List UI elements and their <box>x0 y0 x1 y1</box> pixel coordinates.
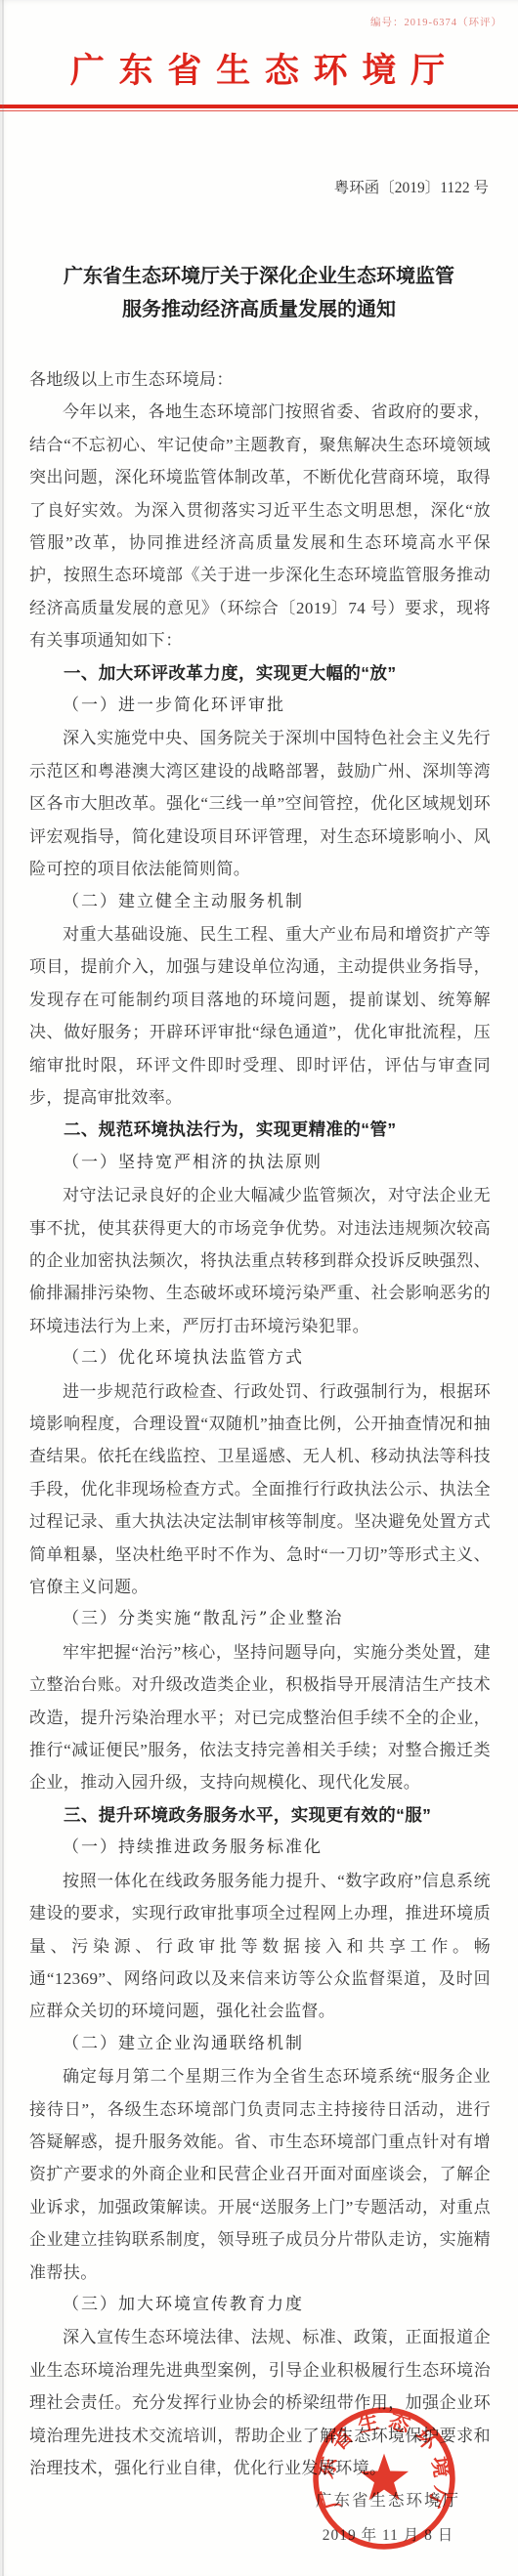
section-1-sub-2-paragraph: 对重大基础设施、民生工程、重大产业布局和增资扩产等项目，提前介入，加强与建设单位… <box>29 918 491 1114</box>
section-2-sub-2-heading: （二）优化环境执法监管方式 <box>29 1342 491 1374</box>
title-line-1: 广东省生态环境厅关于深化企业生态环境监管 <box>20 260 498 293</box>
title-line-2: 服务推动经济高质量发展的通知 <box>20 293 498 326</box>
section-3-sub-3-heading: （三）加大环境宣传教育力度 <box>29 2289 491 2321</box>
serial-number: 编号：2019-6374（环评） <box>370 15 502 29</box>
intro-paragraph: 今年以来，各地生态环境部门按照省委、省政府的要求，结合“不忘初心、牢记使命”主题… <box>29 396 491 656</box>
section-2-sub-3-paragraph: 牢牢把握“治污”核心，坚持问题导向，实施分类处置，建立整治台账。对升级改造类企业… <box>29 1636 491 1799</box>
section-3-heading: 三、提升环境政务服务水平，实现更有效的“服” <box>29 1799 491 1832</box>
salutation: 各地级以上市生态环境局： <box>29 363 491 396</box>
section-3-sub-1-heading: （一）持续推进政务服务标准化 <box>29 1832 491 1864</box>
official-seal: 广东省生态环境厅 <box>310 2404 458 2553</box>
scan-edge <box>2 0 4 2576</box>
section-3-sub-2-heading: （二）建立企业沟通联络机制 <box>29 2028 491 2060</box>
agency-masthead: 广 东 省 生 态 环 境 厅 <box>0 51 518 92</box>
star-icon <box>360 2454 409 2501</box>
document-page: 编号：2019-6374（环评） 广 东 省 生 态 环 境 厅 粤环函〔201… <box>0 0 518 2576</box>
section-1-heading: 一、加大环评改革力度，实现更大幅的“放” <box>29 657 491 690</box>
section-1-sub-2-heading: （二）建立健全主动服务机制 <box>29 886 491 918</box>
section-2-sub-1-paragraph: 对守法记录良好的企业大幅减少监管频次，对守法企业无事不扰，使其获得更大的市场竞争… <box>29 1179 491 1342</box>
seal-graphic: 广东省生态环境厅 <box>310 2404 458 2553</box>
section-2-heading: 二、规范环境执法行为，实现更精准的“管” <box>29 1114 491 1146</box>
document-number: 粤环函〔2019〕1122 号 <box>0 176 518 197</box>
section-3-sub-1-paragraph: 按照一体化在线政务服务能力提升、“数字政府”信息系统建设的要求，实现行政审批事项… <box>29 1865 491 2028</box>
section-2-sub-1-heading: （一）坚持宽严相济的执法原则 <box>29 1147 491 1179</box>
section-2-sub-2-paragraph: 进一步规范行政检查、行政处罚、行政强制行为，根据环境影响程度，合理设置“双随机”… <box>29 1375 491 1604</box>
header-rule <box>0 105 518 111</box>
section-2-sub-3-heading: （三）分类实施“散乱污”企业整治 <box>29 1603 491 1635</box>
document-title: 广东省生态环境厅关于深化企业生态环境监管 服务推动经济高质量发展的通知 <box>20 260 498 326</box>
section-1-sub-1-paragraph: 深入实施党中央、国务院关于深圳中国特色社会主义先行示范区和粤港澳大湾区建设的战略… <box>29 722 491 885</box>
section-3-sub-2-paragraph: 确定每月第二个星期三作为全省生态环境系统“服务企业接待日”，各级生态环境部门负责… <box>29 2060 491 2289</box>
section-1-sub-1-heading: （一）进一步简化环评审批 <box>29 690 491 722</box>
document-body: 各地级以上市生态环境局： 今年以来，各地生态环境部门按照省委、省政府的要求，结合… <box>29 363 491 2484</box>
